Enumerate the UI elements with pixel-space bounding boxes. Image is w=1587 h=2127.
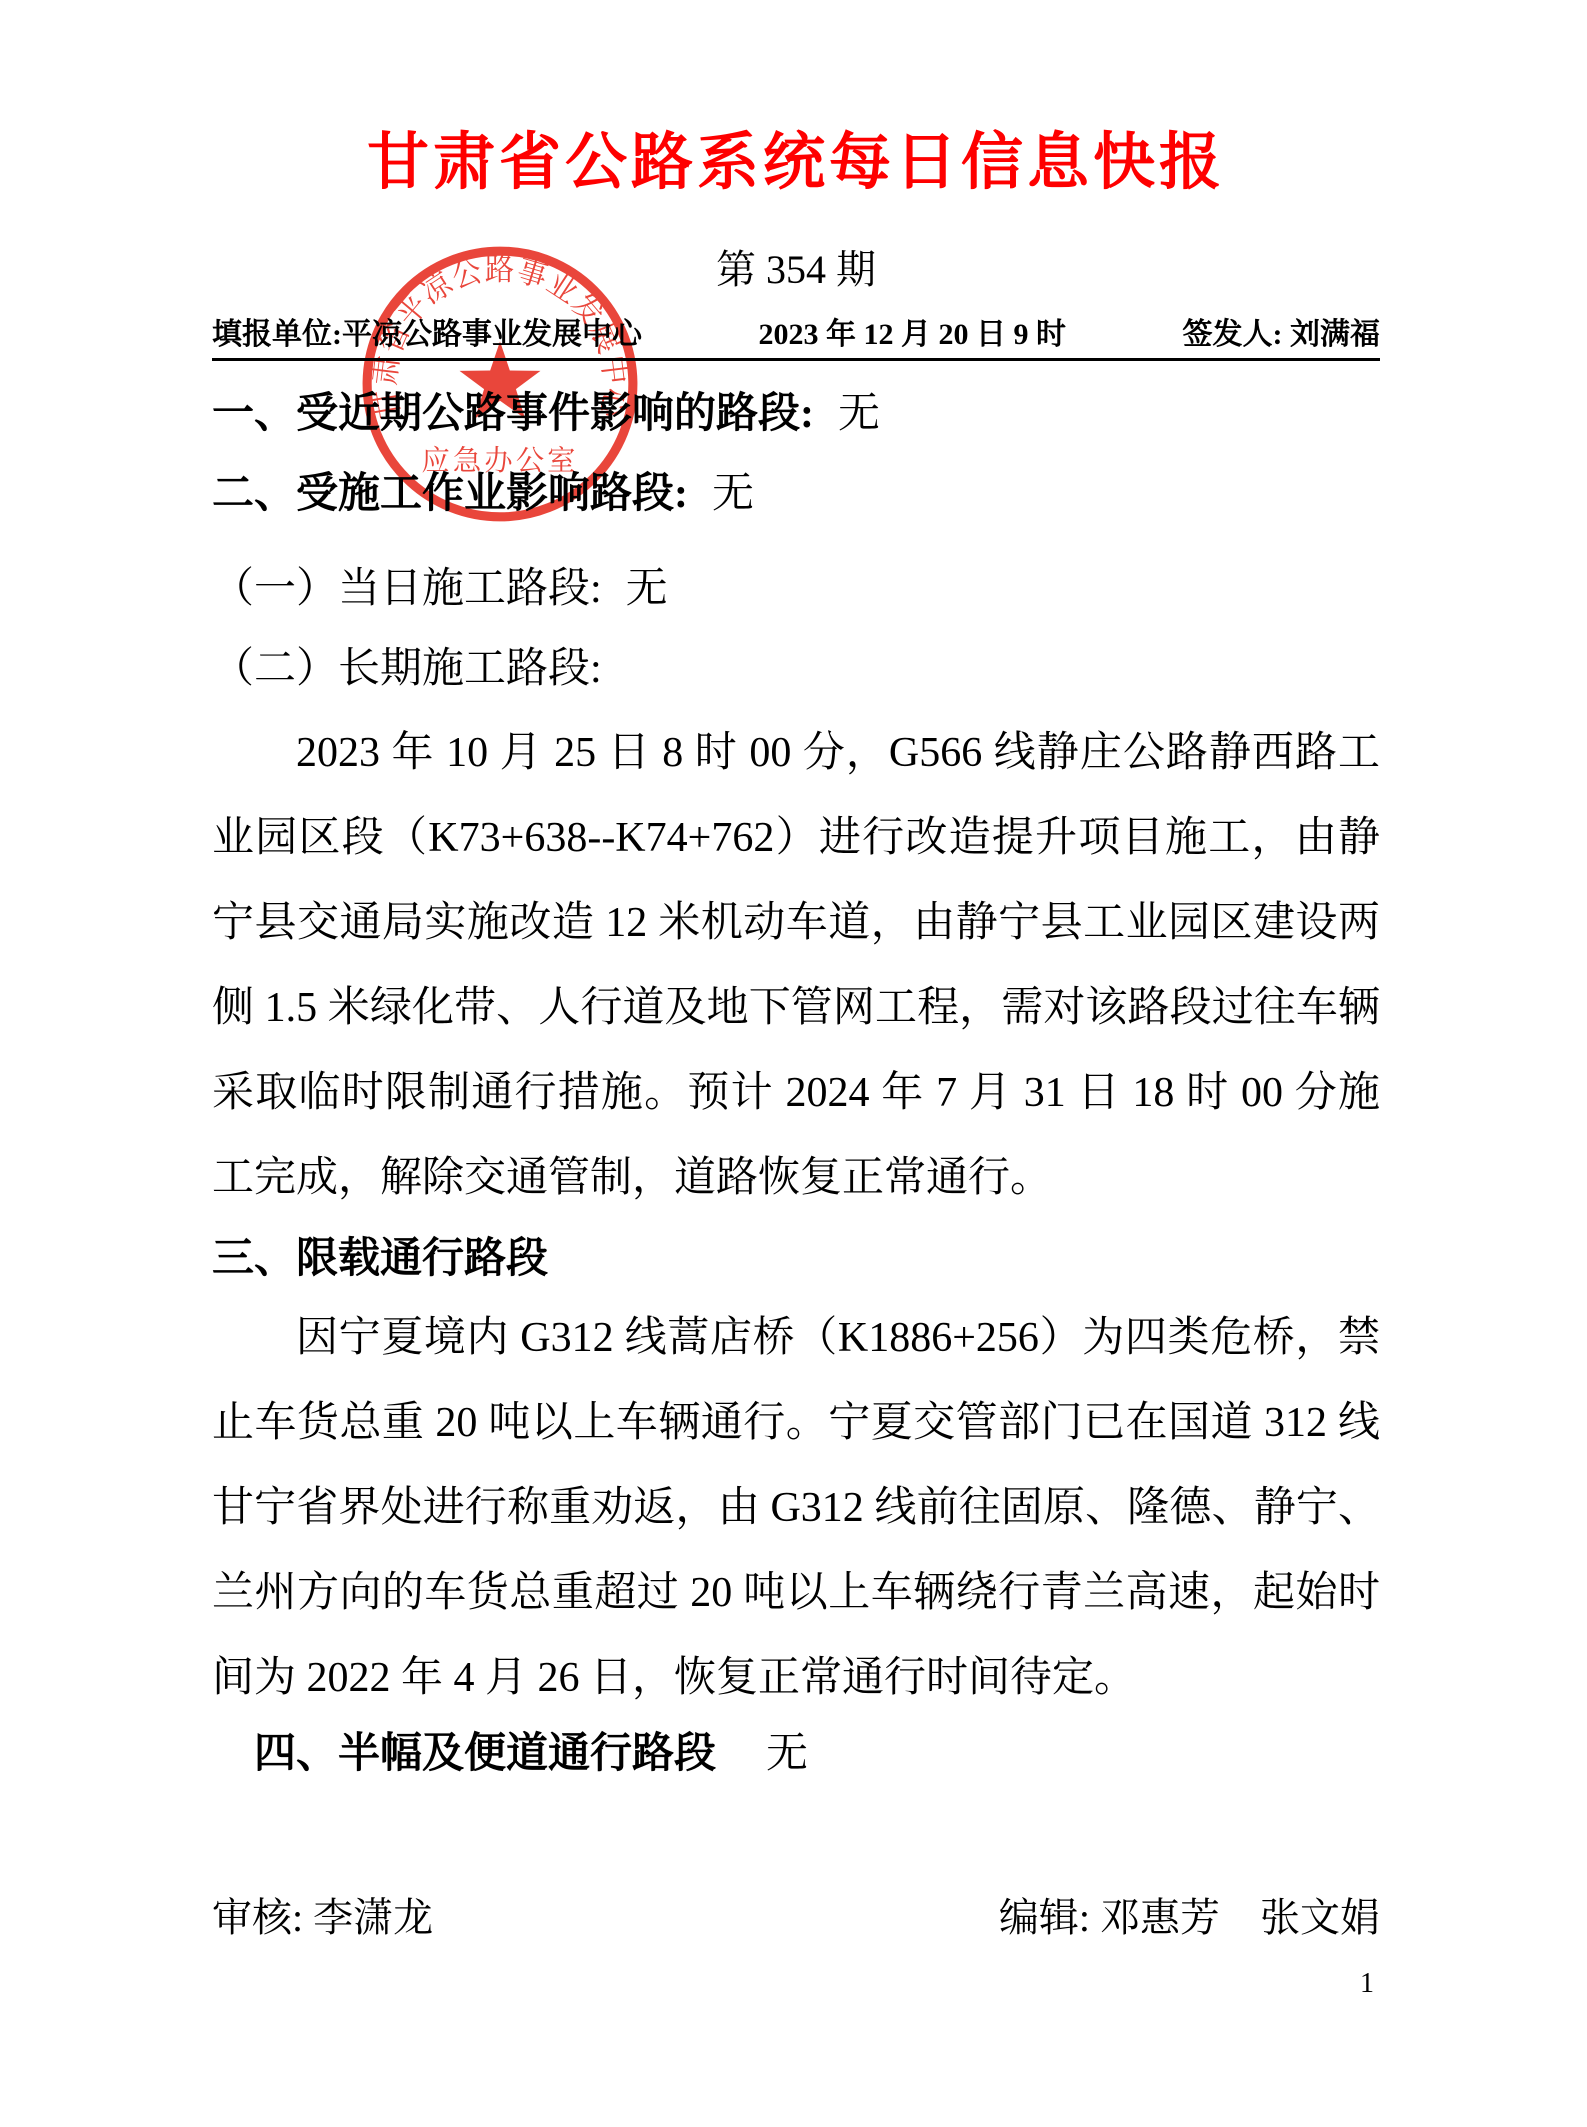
- section-value: 无: [626, 566, 668, 612]
- footer-reviewer: 审核: 李潇龙: [212, 1898, 433, 1938]
- subsection-heading-longterm-construction: （二）长期施工路段:: [212, 648, 1380, 690]
- issue-number: 第 354 期: [212, 250, 1380, 290]
- section-heading-label: 一、受近期公路事件影响的路段:: [212, 391, 814, 437]
- section-heading-label: 三、限载通行路段: [212, 1236, 548, 1282]
- subsection-heading-today-construction: （一）当日施工路段:无: [212, 568, 1380, 610]
- section-heading-half-width: 四、半幅及便道通行路段无: [254, 1733, 1380, 1775]
- section-heading-incidents: 一、受近期公路事件影响的路段:无: [212, 393, 1380, 435]
- footer: 审核: 李潇龙 编辑: 邓惠芳 张文娟: [212, 1898, 1380, 1938]
- paragraph-load-limit: 因宁夏境内 G312 线蒿店桥（K1886+256）为四类危桥，禁止车货总重 2…: [212, 1296, 1380, 1721]
- footer-editors: 编辑: 邓惠芳 张文娟: [999, 1898, 1380, 1938]
- section-heading-construction-impact: 二、受施工作业影响路段:无: [212, 473, 1380, 515]
- section-value: 无: [712, 471, 754, 517]
- section-heading-label: （一）当日施工路段:: [212, 566, 602, 612]
- section-heading-label: 四、半幅及便道通行路段: [254, 1731, 716, 1777]
- report-unit: 填报单位:平凉公路事业发展中心: [212, 320, 642, 350]
- paragraph-long-term-construction: 2023 年 10 月 25 日 8 时 00 分，G566 线静庄公路静西路工…: [212, 711, 1380, 1221]
- section-heading-label: （二）长期施工路段:: [212, 646, 602, 692]
- section-value: 无: [838, 391, 880, 437]
- page-number: 1: [212, 1970, 1380, 1998]
- section-value: 无: [766, 1731, 808, 1777]
- meta-line: 填报单位:平凉公路事业发展中心 2023 年 12 月 20 日 9 时 签发人…: [212, 320, 1380, 361]
- report-datetime: 2023 年 12 月 20 日 9 时: [759, 320, 1067, 350]
- doc-title: 甘肃省公路系统每日信息快报: [212, 132, 1380, 194]
- section-heading-load-limit: 三、限载通行路段: [212, 1238, 1380, 1280]
- signer: 签发人: 刘满福: [1183, 320, 1381, 350]
- section-heading-label: 二、受施工作业影响路段:: [212, 471, 688, 517]
- document-page: 甘肃省公路系统每日信息快报 第 354 期 填报单位:平凉公路事业发展中心 20…: [0, 0, 1587, 1998]
